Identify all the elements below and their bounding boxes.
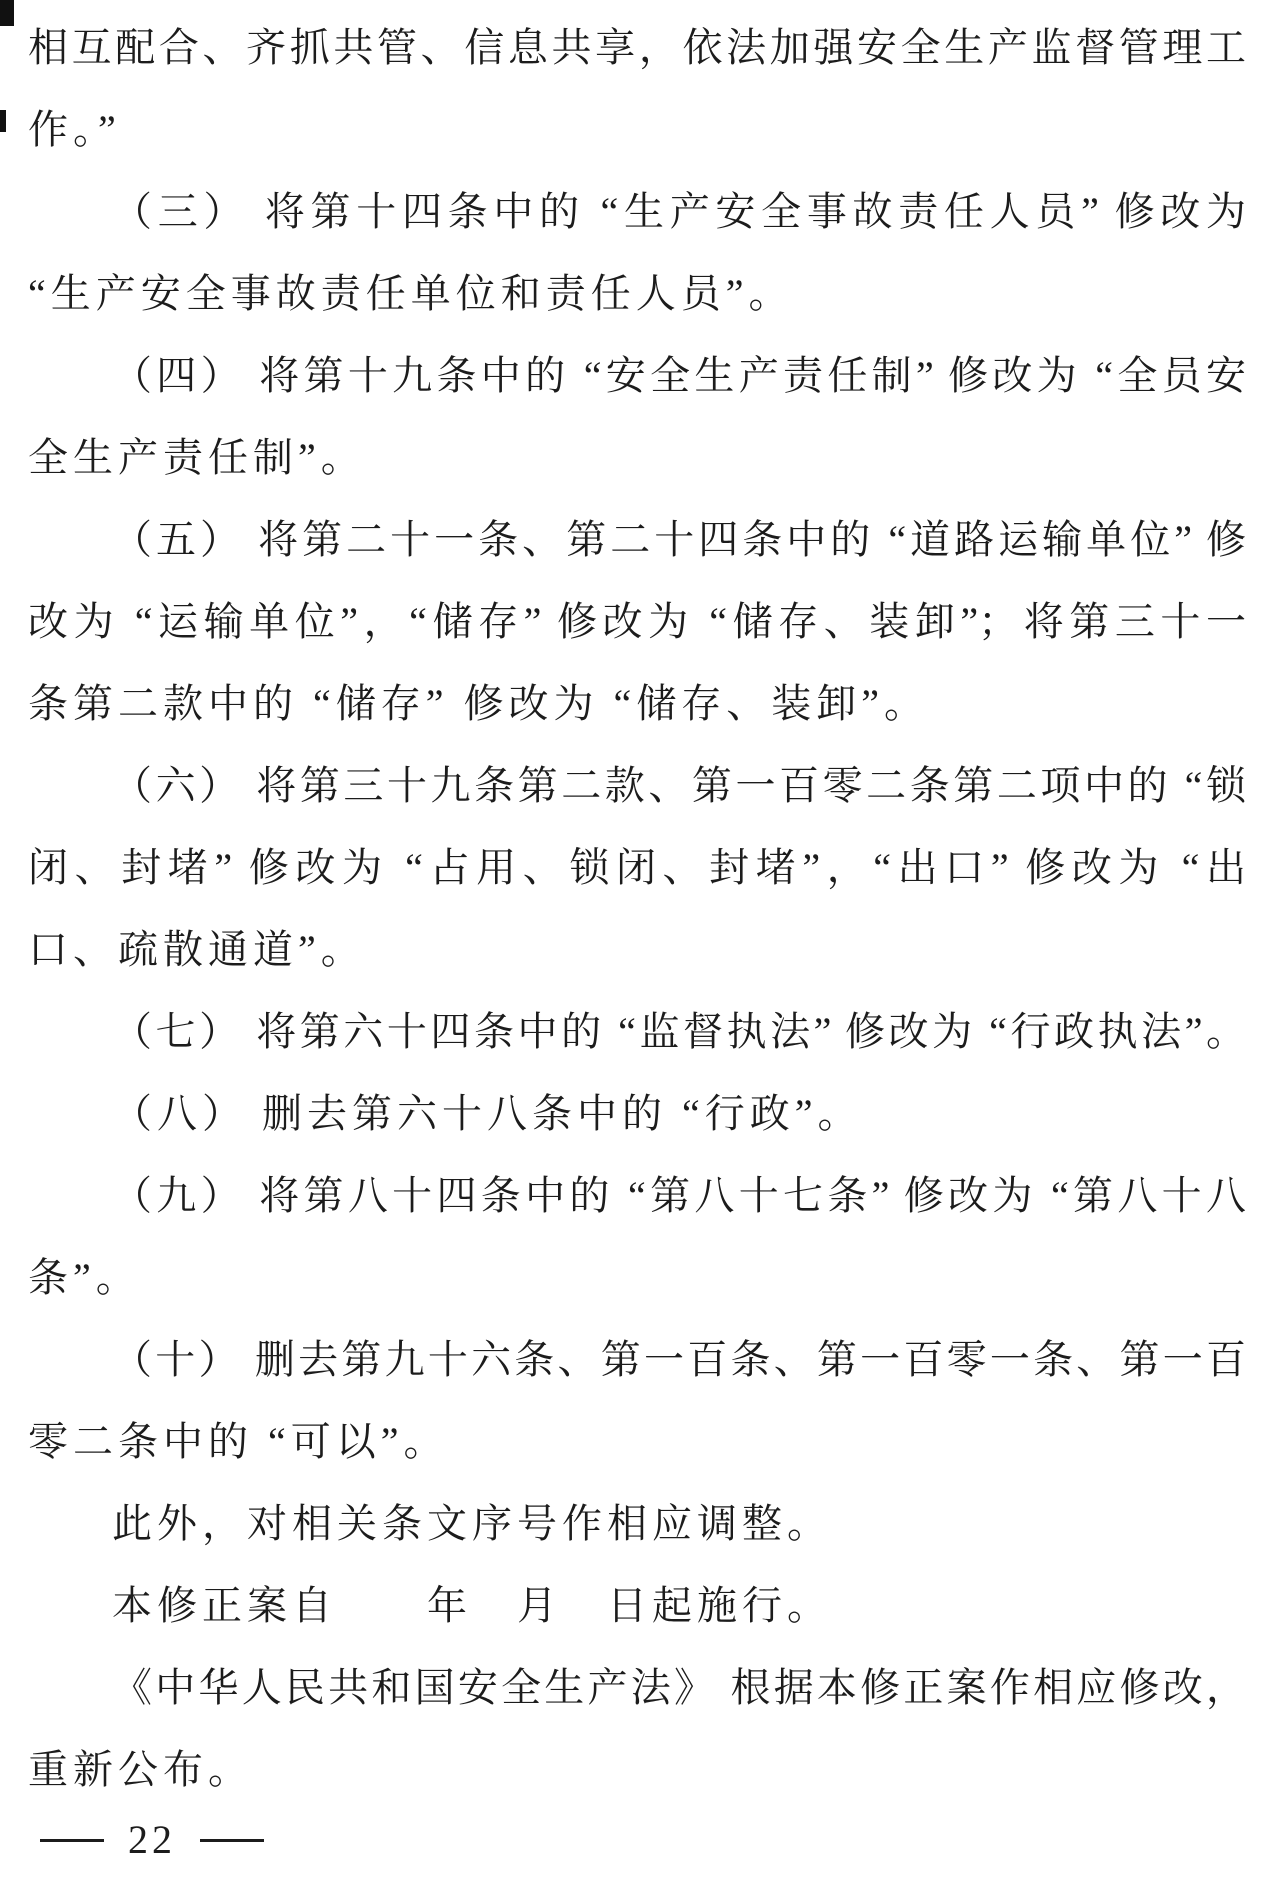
text-line: 相互配合、齐抓共管、信息共享，依法加强安全生产监督管理工 (28, 7, 1246, 89)
text-line: 重新公布。 (28, 1729, 1246, 1811)
footer-dash-right (200, 1839, 264, 1842)
text-line: （六） 将第三十九条第二款、第一百零二条第二项中的 “锁 (28, 745, 1246, 827)
text-line: 作。” (28, 89, 1246, 171)
page-footer: 22 (40, 1812, 264, 1868)
text-line: “生产安全事故责任单位和责任人员”。 (28, 253, 1246, 335)
text-line: 口、疏散通道”。 (28, 909, 1246, 991)
text-line: （四） 将第十九条中的 “安全生产责任制” 修改为 “全员安 (28, 335, 1246, 417)
page-number: 22 (128, 1812, 176, 1868)
text-line: 条”。 (28, 1237, 1246, 1319)
scan-artifact (0, 110, 6, 132)
text-line: （八） 删去第六十八条中的 “行政”。 (28, 1073, 1246, 1155)
text-line: 条第二款中的 “储存” 修改为 “储存、装卸”。 (28, 663, 1246, 745)
text-line: 全生产责任制”。 (28, 417, 1246, 499)
document-body: 相互配合、齐抓共管、信息共享，依法加强安全生产监督管理工作。”（三） 将第十四条… (28, 7, 1246, 1811)
text-line: （五） 将第二十一条、第二十四条中的 “道路运输单位” 修 (28, 499, 1246, 581)
text-line: 闭、封堵” 修改为 “占用、锁闭、封堵”，“出口” 修改为 “出 (28, 827, 1246, 909)
text-line: 改为 “运输单位”，“储存” 修改为 “储存、装卸”；将第三十一 (28, 581, 1246, 663)
footer-dash-left (40, 1839, 104, 1842)
text-line: 本修正案自 年 月 日起施行。 (28, 1565, 1246, 1647)
text-line: 《中华人民共和国安全生产法》 根据本修正案作相应修改， (28, 1647, 1246, 1729)
text-line: （九） 将第八十四条中的 “第八十七条” 修改为 “第八十八 (28, 1155, 1246, 1237)
text-line: 零二条中的 “可以”。 (28, 1401, 1246, 1483)
text-line: （三） 将第十四条中的 “生产安全事故责任人员” 修改为 (28, 171, 1246, 253)
scan-artifact (0, 0, 14, 26)
text-line: 此外，对相关条文序号作相应调整。 (28, 1483, 1246, 1565)
document-page: 相互配合、齐抓共管、信息共享，依法加强安全生产监督管理工作。”（三） 将第十四条… (0, 0, 1278, 1889)
text-line: （十） 删去第九十六条、第一百条、第一百零一条、第一百 (28, 1319, 1246, 1401)
text-line: （七） 将第六十四条中的 “监督执法” 修改为 “行政执法”。 (28, 991, 1246, 1073)
